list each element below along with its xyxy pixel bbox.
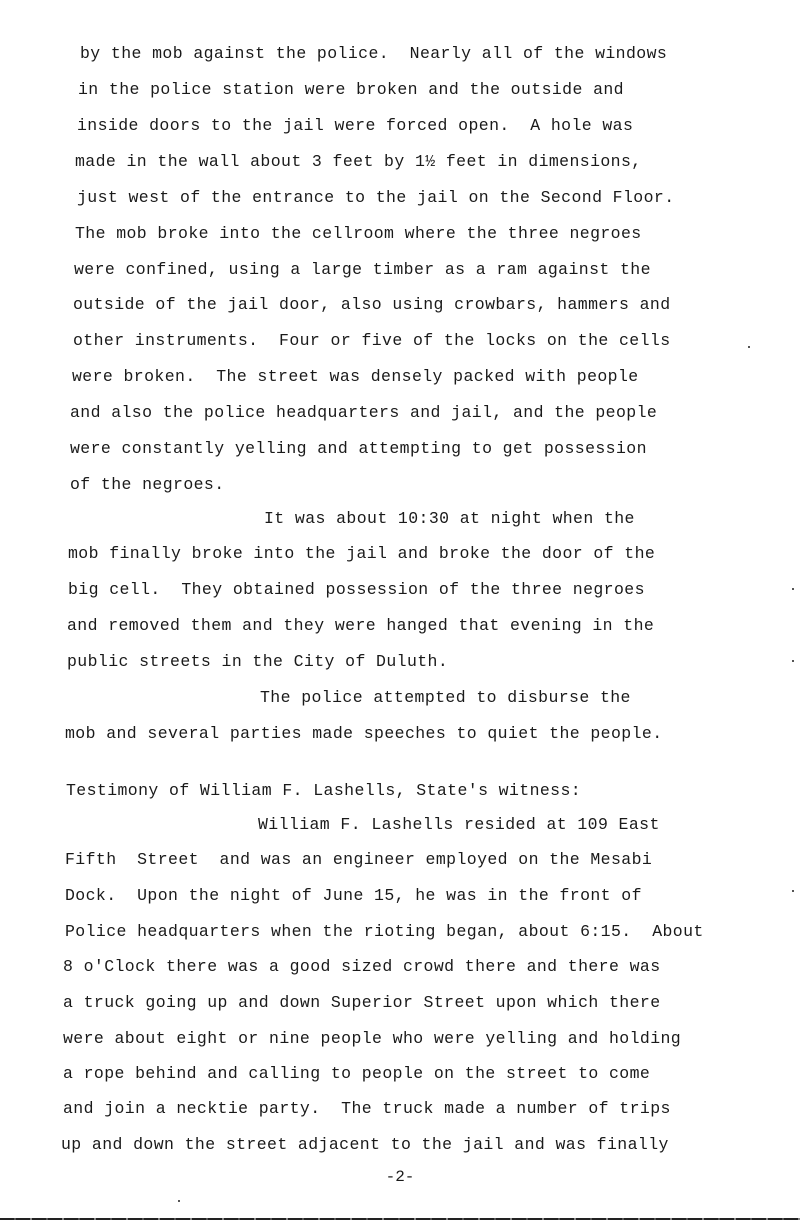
scan-speck xyxy=(178,1200,180,1202)
text-line: big cell. They obtained possession of th… xyxy=(68,580,645,600)
text-line: and also the police headquarters and jai… xyxy=(70,403,657,423)
text-line: It was about 10:30 at night when the xyxy=(264,509,635,529)
text-line: mob and several parties made speeches to… xyxy=(65,724,663,744)
scan-speck xyxy=(792,588,794,590)
page-number: -2- xyxy=(0,1168,800,1186)
text-line: of the negroes. xyxy=(70,475,225,495)
text-line: a truck going up and down Superior Stree… xyxy=(63,993,661,1013)
text-line: and join a necktie party. The truck made… xyxy=(63,1099,671,1119)
scan-speck xyxy=(748,346,750,348)
text-line: up and down the street adjacent to the j… xyxy=(61,1135,669,1155)
text-line: were about eight or nine people who were… xyxy=(63,1029,681,1049)
text-line: by the mob against the police. Nearly al… xyxy=(80,44,667,64)
text-line: made in the wall about 3 feet by 1½ feet… xyxy=(75,152,642,172)
text-line: in the police station were broken and th… xyxy=(78,80,624,100)
section-heading: Testimony of William F. Lashells, State'… xyxy=(66,781,581,801)
text-line: The mob broke into the cellroom where th… xyxy=(75,224,642,244)
text-line: just west of the entrance to the jail on… xyxy=(77,188,675,208)
text-line: were broken. The street was densely pack… xyxy=(72,367,639,387)
text-line: outside of the jail door, also using cro… xyxy=(73,295,671,315)
document-page: by the mob against the police. Nearly al… xyxy=(0,0,800,1225)
text-line: Fifth Street and was an engineer employe… xyxy=(65,850,652,870)
text-line: were constantly yelling and attempting t… xyxy=(70,439,647,459)
text-line: were confined, using a large timber as a… xyxy=(74,260,651,280)
text-line: and removed them and they were hanged th… xyxy=(67,616,654,636)
scan-edge-line xyxy=(0,1218,800,1220)
scan-speck xyxy=(792,890,794,892)
scan-speck xyxy=(792,660,794,662)
text-line: public streets in the City of Duluth. xyxy=(67,652,448,672)
text-line: The police attempted to disburse the xyxy=(260,688,631,708)
text-line: William F. Lashells resided at 109 East xyxy=(258,815,660,835)
text-line: 8 o'Clock there was a good sized crowd t… xyxy=(63,957,661,977)
text-line: other instruments. Four or five of the l… xyxy=(73,331,671,351)
text-line: Police headquarters when the rioting beg… xyxy=(65,922,704,942)
text-line: Dock. Upon the night of June 15, he was … xyxy=(65,886,642,906)
text-line: mob finally broke into the jail and brok… xyxy=(68,544,655,564)
text-line: inside doors to the jail were forced ope… xyxy=(77,116,633,136)
text-line: a rope behind and calling to people on t… xyxy=(63,1064,650,1084)
